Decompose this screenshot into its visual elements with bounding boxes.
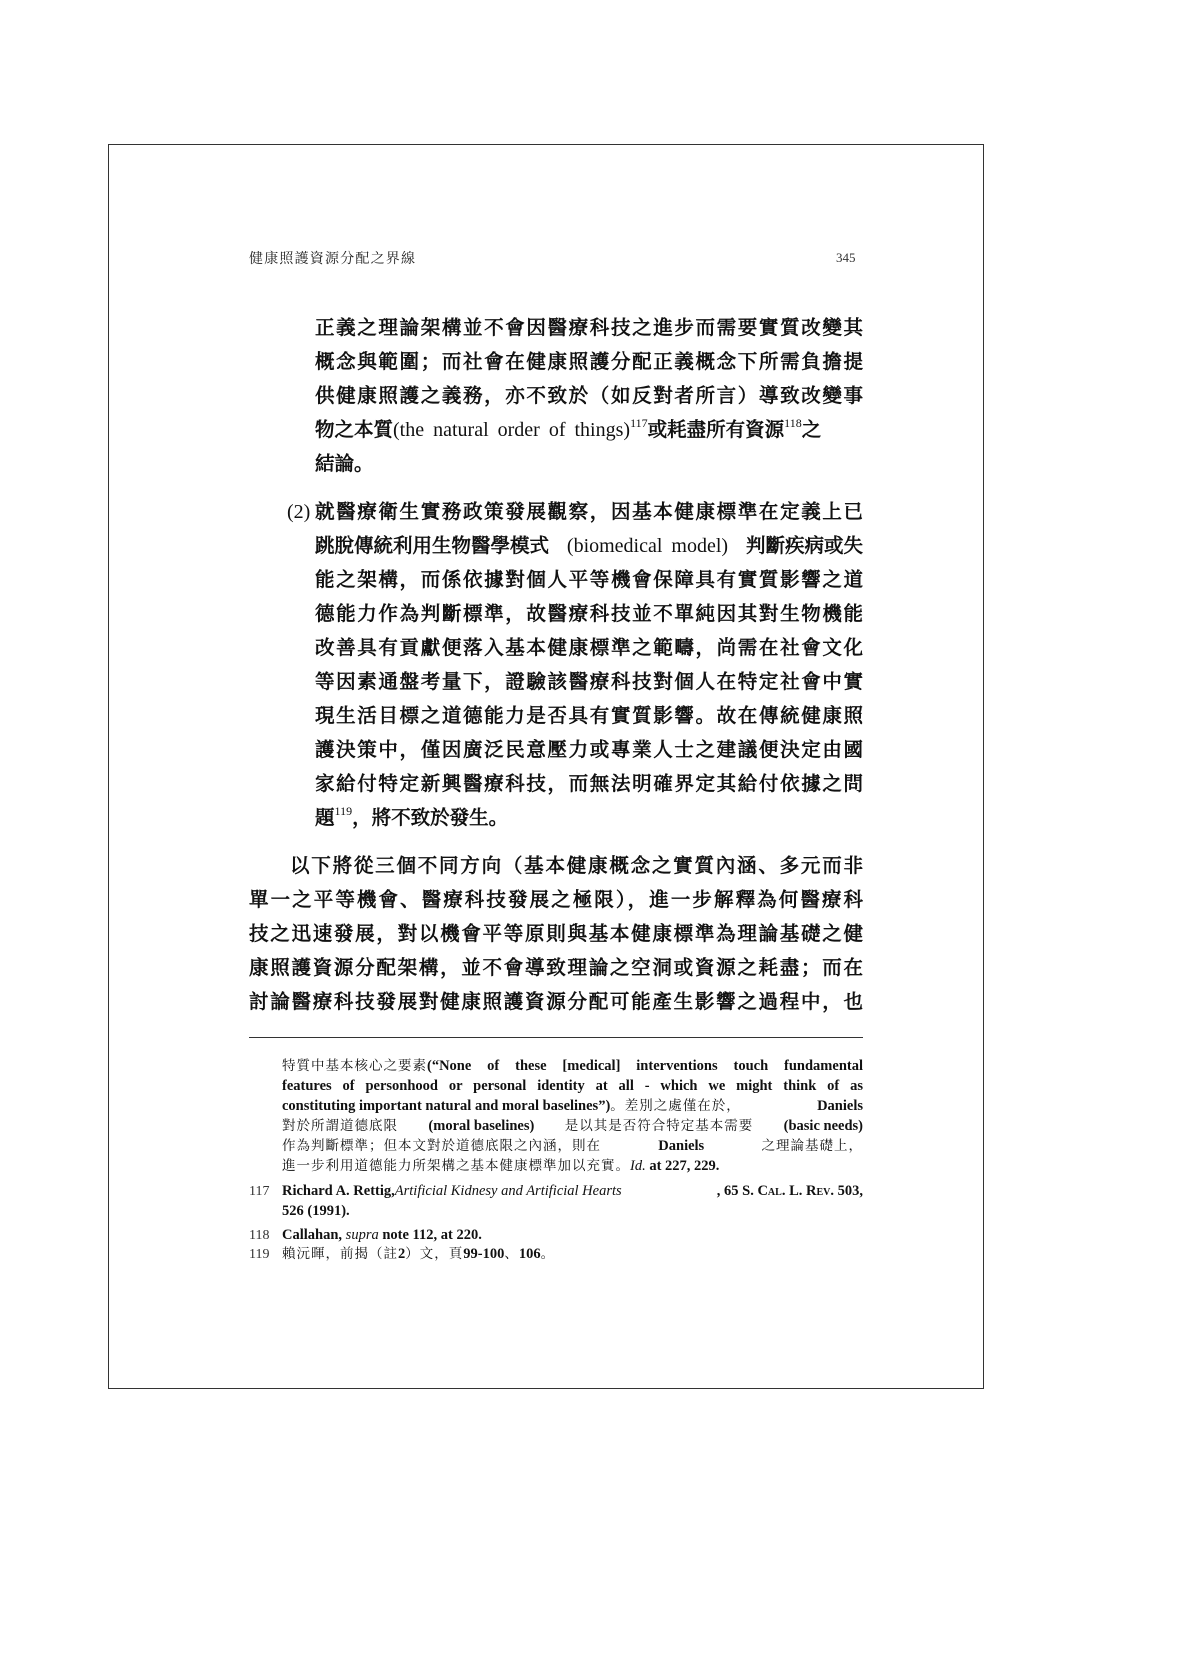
text-line: 家給付特定新興醫療科技，而無法明確界定其給付依據之問	[315, 771, 863, 797]
footnote-separator	[249, 1037, 863, 1038]
footnote-line: 對於所謂道德底限(moral baselines)是以其是否符合特定基本需要(b…	[282, 1117, 863, 1136]
footnote-118: Callahan, supra note 112, at 220.	[282, 1226, 482, 1245]
text-run: constituting important natural and moral…	[282, 1097, 610, 1116]
text-run: . 503,	[830, 1183, 863, 1199]
text-run: 之理論基礎上，	[761, 1137, 863, 1156]
footnote-ref-118[interactable]: 118	[784, 416, 802, 430]
text-line: 就醫療衛生實務政策發展觀察，因基本健康標準在定義上已	[315, 499, 863, 525]
text-run: (basic needs)	[784, 1117, 863, 1136]
text-line: 能之架構，而係依據對個人平等機會保障具有實質影響之道	[315, 567, 863, 593]
text-run: 作為判斷標準；但本文對於道德底限之內涵，則在	[282, 1137, 601, 1156]
text-run: at 227, 229.	[646, 1158, 720, 1174]
text-run: 特質中基本核心之要素	[282, 1057, 427, 1076]
text-run: 、	[504, 1246, 519, 1262]
text-run: (“None of these [medical] interventions …	[427, 1057, 863, 1076]
text-line: 單一之平等機會、醫療科技發展之極限），進一步解釋為何醫療科	[249, 887, 863, 913]
text-run: 物之本質	[315, 418, 393, 441]
footnote-number: 119	[249, 1245, 269, 1264]
text-line: 物之本質(the natural order of things)117或耗盡所…	[315, 417, 863, 443]
text-run: 是以其是否符合特定基本需要	[565, 1117, 754, 1136]
text-run: 99-100	[463, 1246, 504, 1262]
item-number: (2)	[287, 501, 310, 523]
footnote-line: constituting important natural and moral…	[282, 1097, 863, 1116]
page-number: 345	[836, 250, 856, 266]
text-run: ，將不致於發生。	[352, 806, 508, 829]
text-run: note 112, at 220.	[379, 1227, 482, 1243]
text-run: Richard A. Rettig,	[282, 1182, 395, 1201]
id-signal: Id.	[630, 1158, 646, 1174]
text-run: ）文，頁	[405, 1246, 463, 1262]
footnote-119: 賴沅暉，前揭（註2）文，頁99-100、106。	[282, 1245, 555, 1264]
text-run: Callahan,	[282, 1227, 346, 1243]
text-line: 正義之理論架構並不會因醫療科技之進步而需要實質改變其	[315, 315, 863, 341]
footnote-117-line2: 526 (1991).	[282, 1202, 350, 1221]
text-run: . L.	[782, 1183, 806, 1199]
text-run: Cal	[757, 1183, 781, 1199]
item-label: (2)	[287, 499, 310, 525]
text-run: 對於所謂道德底限	[282, 1117, 398, 1136]
text-line: 技之迅速發展，對以機會平等原則與基本健康標準為理論基礎之健	[249, 921, 863, 947]
text-run: 。差別之處僅在於，	[610, 1097, 817, 1116]
text-run: 進一步利用道德能力所架構之基本健康標準加以充實。	[282, 1158, 630, 1174]
text-run: 賴沅暉，前揭（註	[282, 1246, 398, 1262]
footnote-number: 117	[249, 1182, 269, 1201]
footnote-ref-119[interactable]: 119	[335, 804, 353, 818]
text-line: 概念與範圍；而社會在健康照護分配正義概念下所需負擔提	[315, 349, 863, 375]
footnote-ref-117[interactable]: 117	[630, 416, 648, 430]
text-line: 護決策中，僅因廣泛民意壓力或專業人士之建議便決定由國	[315, 737, 863, 763]
text-run: 106	[519, 1246, 541, 1262]
footnote-number: 118	[249, 1226, 269, 1245]
text-run: Rev	[806, 1183, 830, 1199]
text-run: , 65 S.	[717, 1183, 758, 1199]
citation-title: Artificial Kidnesy and Artificial Hearts	[395, 1182, 717, 1201]
text-line: 以下將從三個不同方向（基本健康概念之實質內涵、多元而非	[290, 853, 863, 879]
text-line: 改善具有貢獻便落入基本健康標準之範疇，尚需在社會文化	[315, 635, 863, 661]
footnote-line: 進一步利用道德能力所架構之基本健康標準加以充實。Id. at 227, 229.	[282, 1157, 719, 1176]
text-run: 判斷疾病或失	[746, 533, 863, 559]
text-line: 康照護資源分配架構，並不會導致理論之空洞或資源之耗盡；而在	[249, 955, 863, 981]
text-run: 或耗盡所有資源	[648, 418, 785, 441]
latin-phrase: (the natural order of things)	[393, 419, 630, 441]
footnote-line: 特質中基本核心之要素(“None of these [medical] inte…	[282, 1057, 863, 1076]
text-run: 。	[541, 1246, 556, 1262]
text-run: Daniels	[817, 1097, 863, 1116]
text-run: (moral baselines)	[428, 1117, 534, 1136]
running-title: 健康照護資源分配之界線	[249, 248, 416, 268]
text-line: 現生活目標之道德能力是否具有實質影響。故在傳統健康照	[315, 703, 863, 729]
text-line: 題119，將不致於發生。	[315, 805, 508, 831]
text-run: 跳脫傳統利用生物醫學模式	[315, 533, 549, 559]
footnote-line: 作為判斷標準；但本文對於道德底限之內涵，則在Daniels之理論基礎上，	[282, 1137, 863, 1156]
text-line: 結論。	[315, 451, 374, 477]
text-run: , 65 S. Cal. L. Rev. 503,	[717, 1182, 863, 1201]
text-line: 等因素通盤考量下，證驗該醫療科技對個人在特定社會中實	[315, 669, 863, 695]
text-line: 跳脫傳統利用生物醫學模式(biomedical model)判斷疾病或失	[315, 533, 863, 559]
text-line: 討論醫療科技發展對健康照護資源分配可能產生影響之過程中，也	[249, 989, 863, 1015]
supra-signal: supra	[346, 1227, 379, 1243]
footnote-117: Richard A. Rettig, Artificial Kidnesy an…	[282, 1182, 863, 1201]
text-line: 供健康照護之義務，亦不致於（如反對者所言）導致改變事	[315, 383, 863, 409]
text-run: 題	[315, 806, 335, 829]
text-run: 之	[802, 418, 822, 441]
footnote-line: features of personhood or personal ident…	[282, 1077, 863, 1096]
latin-phrase: (biomedical model)	[549, 533, 746, 559]
text-line: 德能力作為判斷標準，故醫療科技並不單純因其對生物機能	[315, 601, 863, 627]
text-run: Daniels	[658, 1137, 704, 1156]
